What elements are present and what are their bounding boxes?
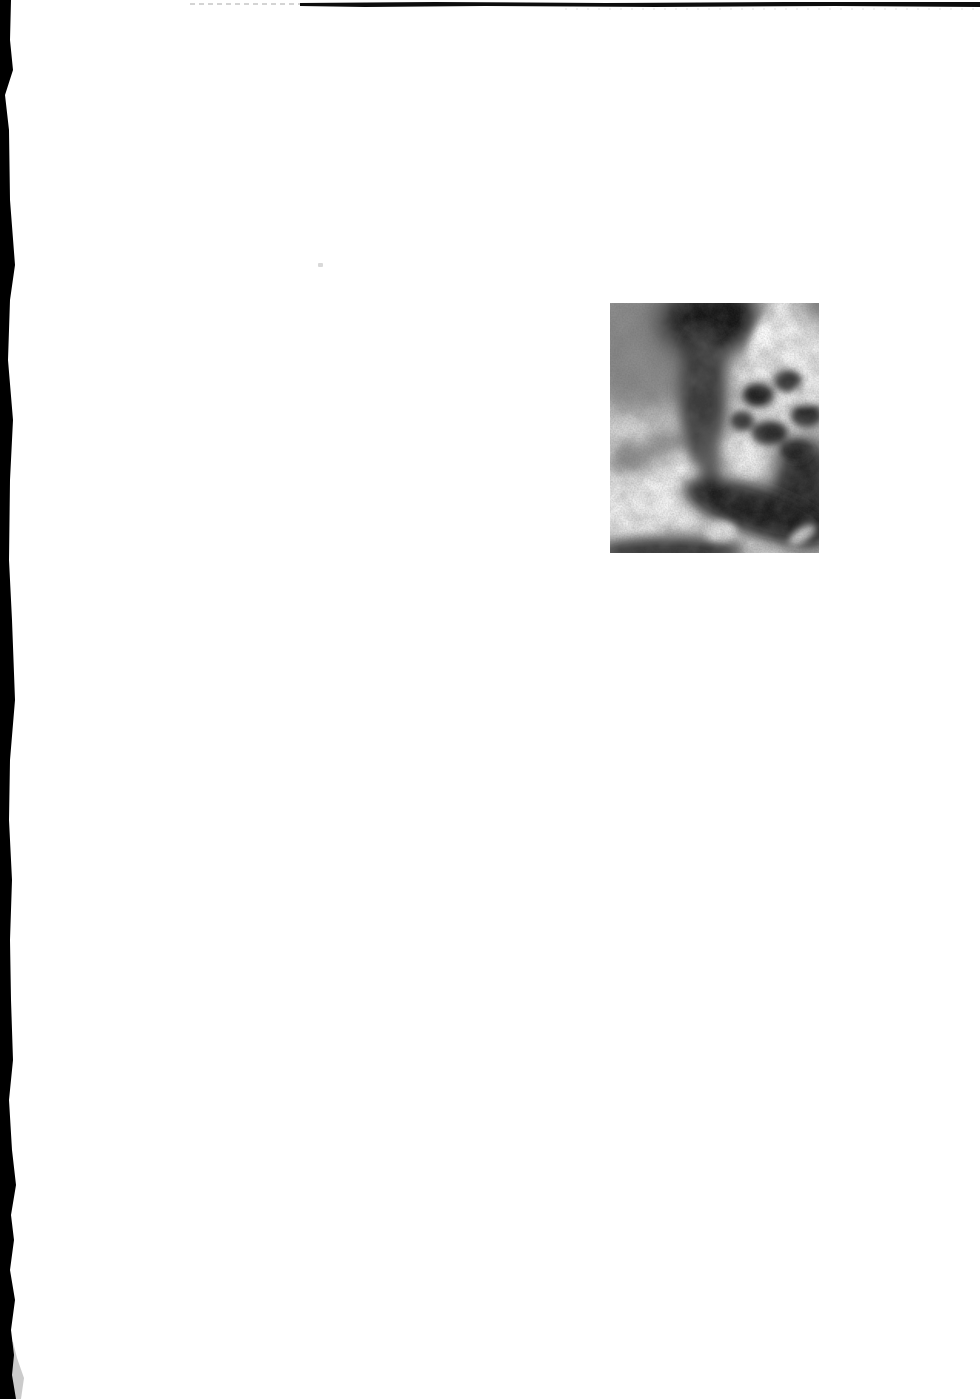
top-scan-edge-artifact [185,0,980,14]
cloud-photograph [610,303,819,553]
scanned-page [0,0,980,1399]
left-scan-edge-artifact [0,0,30,1399]
dust-speck-artifact [318,263,323,267]
